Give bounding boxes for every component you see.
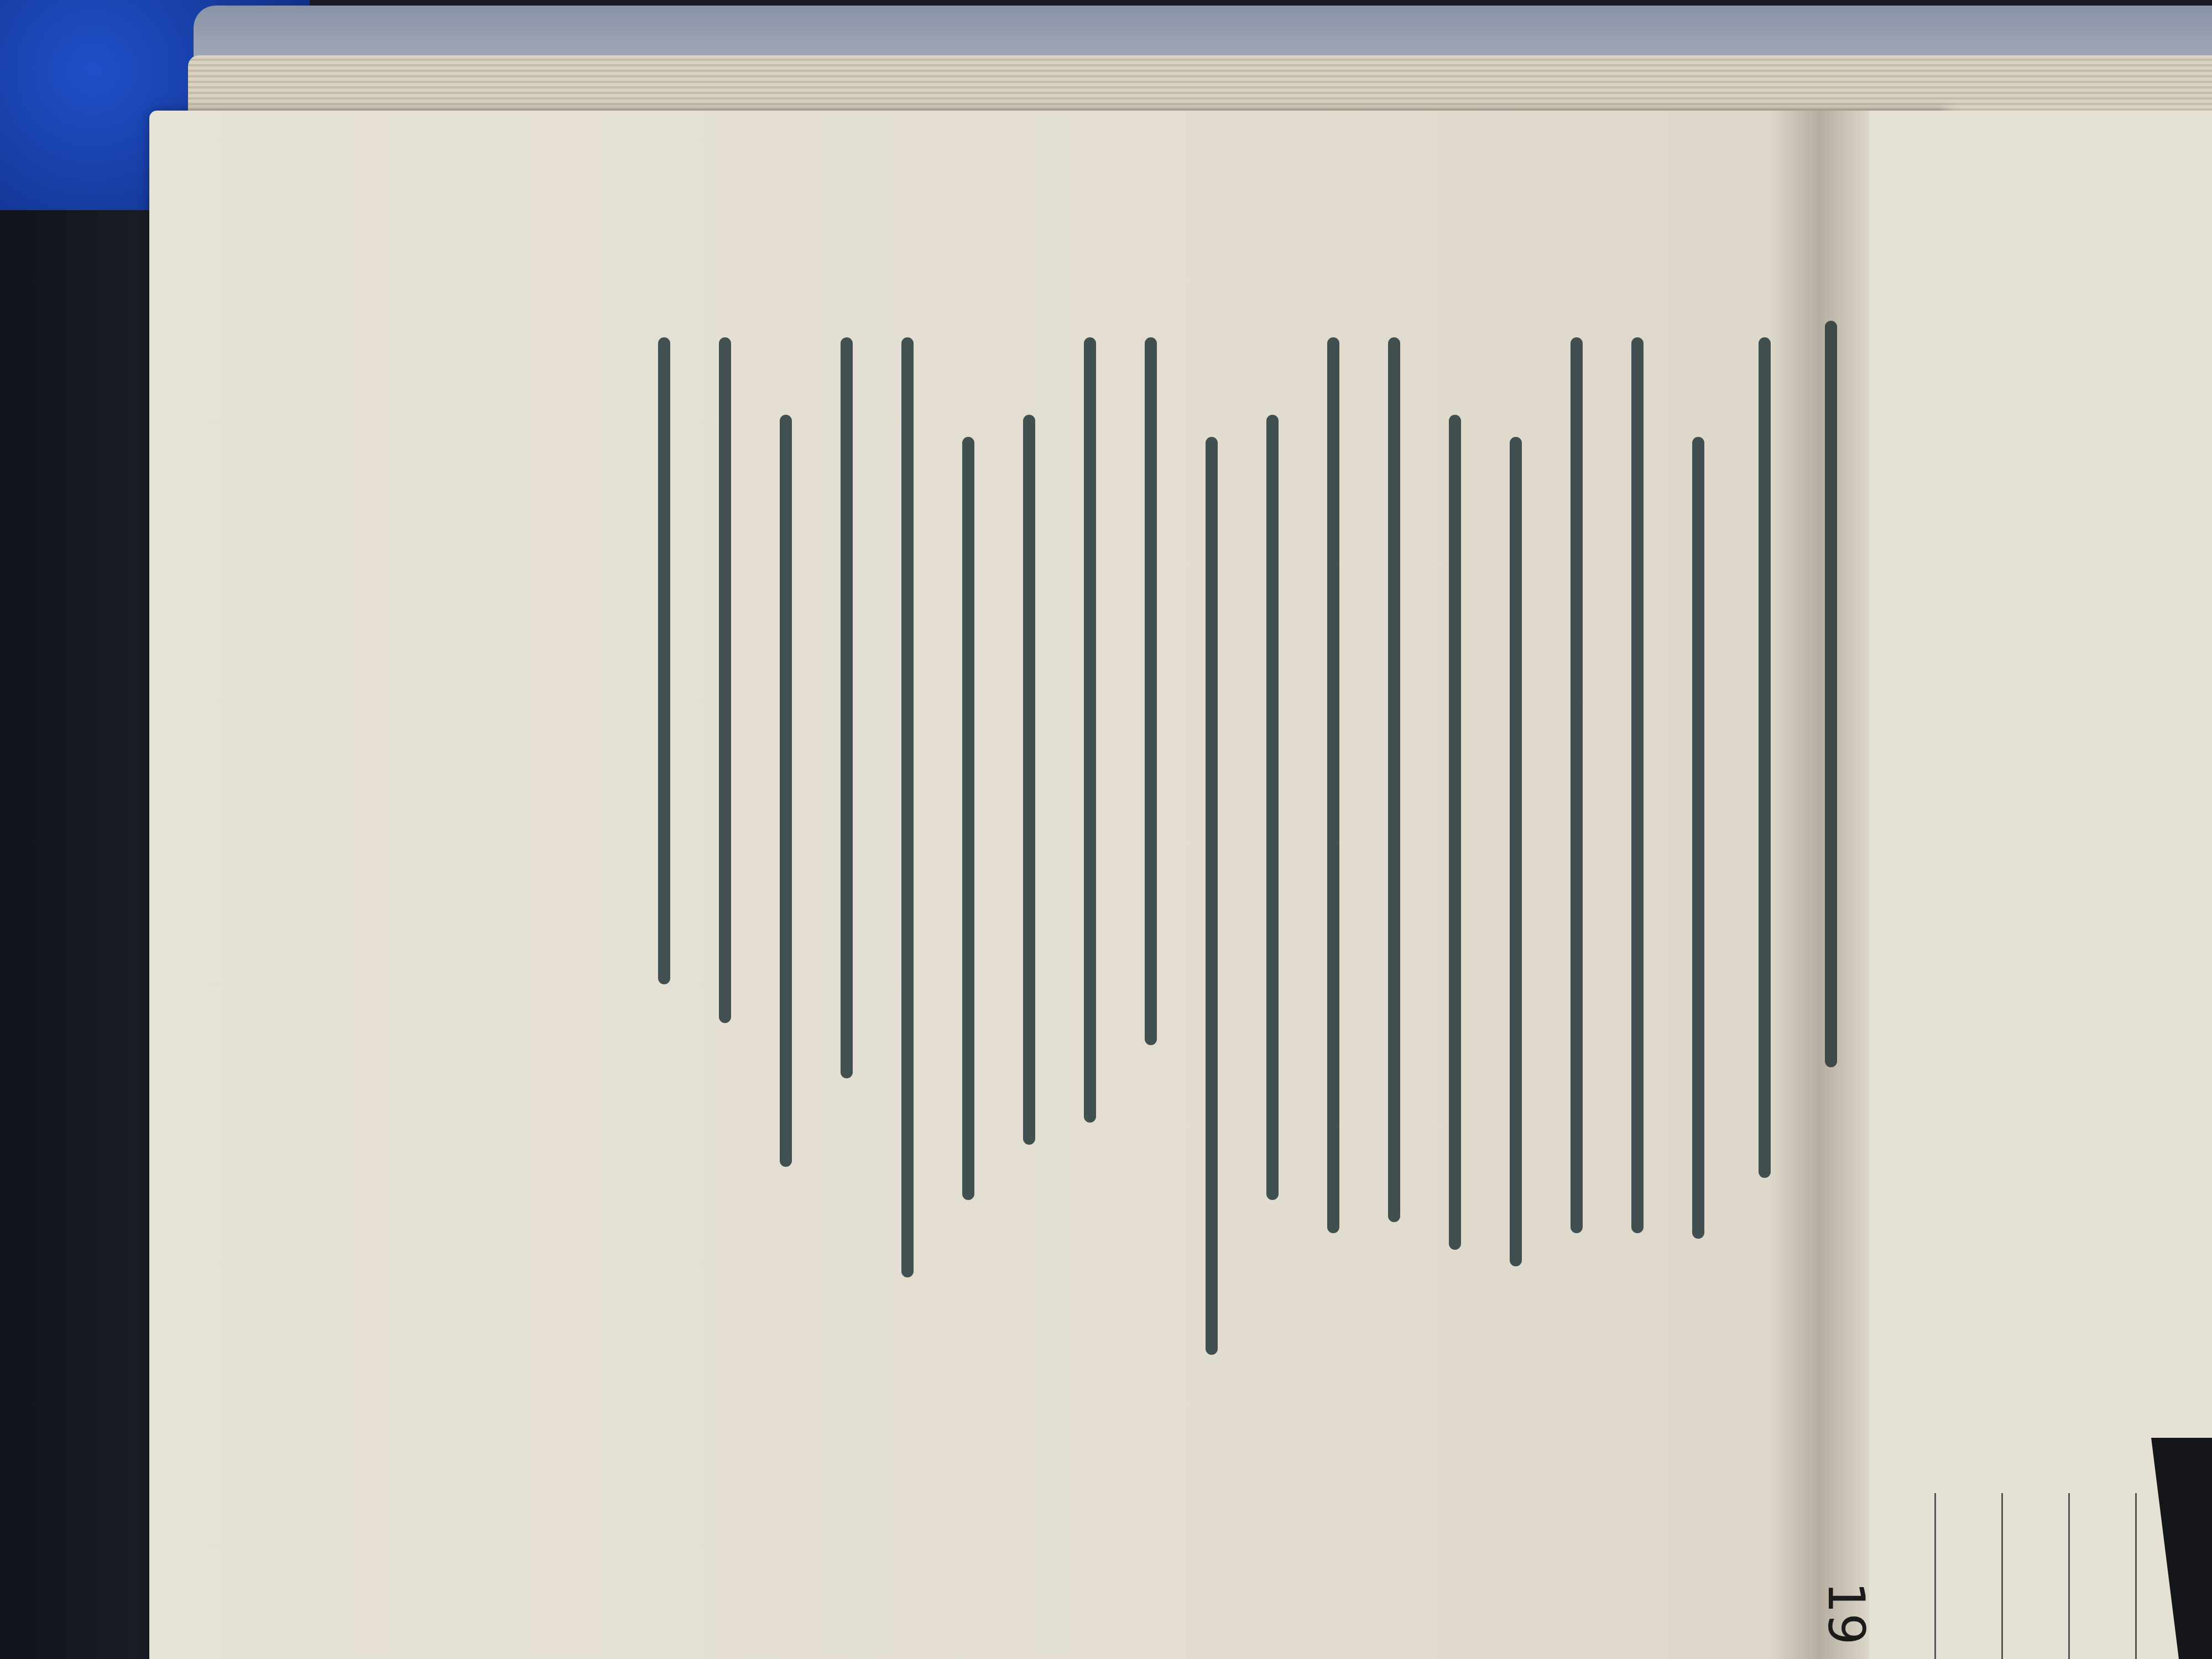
handwritten-line <box>1510 437 1522 1266</box>
handwritten-line <box>1327 337 1339 1233</box>
handwritten-line <box>1759 337 1771 1178</box>
handwritten-line <box>1692 437 1704 1239</box>
handwritten-line <box>841 337 853 1078</box>
handwritten-line <box>1631 337 1644 1233</box>
handwritten-line <box>1084 337 1096 1123</box>
book-gutter <box>1770 111 1869 1659</box>
handwritten-line <box>1023 415 1035 1145</box>
handwritten-line <box>658 337 670 984</box>
handwritten-line <box>1145 337 1157 1045</box>
handwriting-lines <box>166 127 1825 1510</box>
handwritten-line <box>901 337 914 1277</box>
handwritten-line <box>719 337 731 1023</box>
page-number: 19 <box>1817 1582 1875 1645</box>
handwritten-line <box>1388 337 1400 1222</box>
handwritten-line <box>962 437 974 1200</box>
ruled-lines <box>1869 1493 2212 1659</box>
handwritten-line <box>1571 337 1583 1233</box>
handwritten-line <box>1206 437 1218 1355</box>
handwritten-line <box>780 415 792 1167</box>
handwritten-line <box>1449 415 1461 1250</box>
next-page <box>1869 111 2212 1659</box>
handwritten-line <box>1266 415 1279 1200</box>
